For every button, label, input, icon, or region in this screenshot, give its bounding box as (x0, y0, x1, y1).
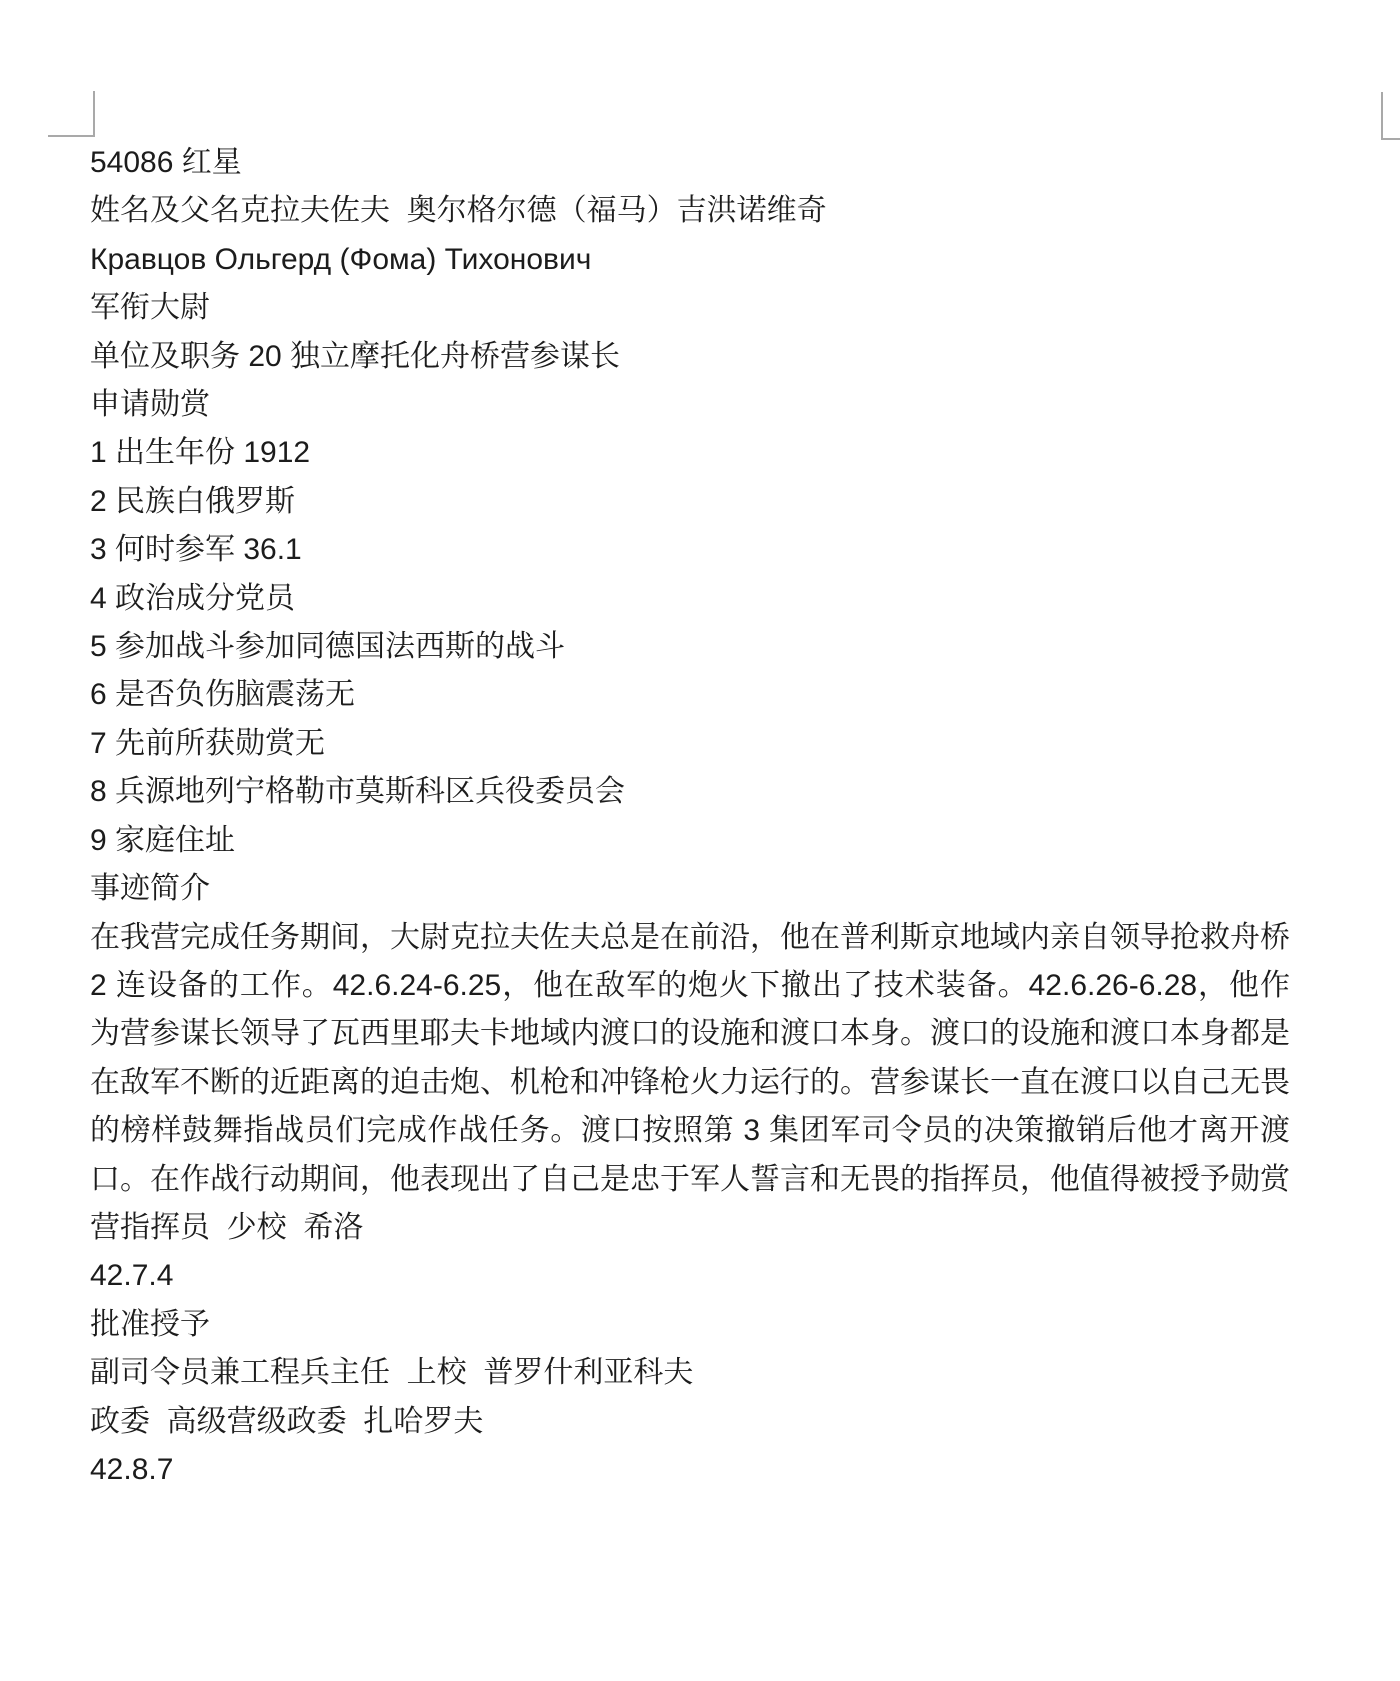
margin-corner-top-right (1381, 92, 1400, 140)
document-page: 54086 红星 姓名及父名克拉夫佐夫 奥尔格尔德（福马）吉洪诺维奇 Кравц… (0, 0, 1400, 1681)
name-cn-line: 姓名及父名克拉夫佐夫 奥尔格尔德（福马）吉洪诺维奇 (90, 187, 1290, 235)
merit-heading: 事迹简介 (90, 865, 1290, 913)
case-number-line: 54086 红星 (90, 139, 1290, 187)
unit-position-line: 单位及职务 20 独立摩托化舟桥营参谋长 (90, 333, 1290, 381)
margin-corner-top-left (48, 91, 95, 137)
item-3-enlistment: 3 何时参军 36.1 (90, 526, 1290, 574)
item-5-combat: 5 参加战斗参加同德国法西斯的战斗 (90, 623, 1290, 671)
document-body: 54086 红星 姓名及父名克拉夫佐夫 奥尔格尔德（福马）吉洪诺维奇 Кравц… (90, 139, 1290, 1494)
item-1-birth-year: 1 出生年份 1912 (90, 429, 1290, 477)
merit-paragraph: 在我营完成任务期间，大尉克拉夫佐夫总是在前沿，他在普利斯京地域内亲自领导抢救舟桥… (90, 914, 1290, 1204)
battalion-commander-signature: 营指挥员 少校 希洛 (90, 1204, 1290, 1252)
approval-line: 批准授予 (90, 1301, 1290, 1349)
rank-line: 军衔大尉 (90, 284, 1290, 332)
item-7-prior-awards: 7 先前所获勋赏无 (90, 720, 1290, 768)
deputy-commander-signature: 副司令员兼工程兵主任 上校 普罗什利亚科夫 (90, 1349, 1290, 1397)
commissar-signature: 政委 高级营级政委 扎哈罗夫 (90, 1398, 1290, 1446)
item-6-wounds: 6 是否负伤脑震荡无 (90, 671, 1290, 719)
name-ru-line: Кравцов Ольгерд (Фома) Тихонович (90, 236, 1290, 284)
signature-date-1: 42.7.4 (90, 1252, 1290, 1300)
item-4-political-status: 4 政治成分党员 (90, 575, 1290, 623)
item-9-home-address: 9 家庭住址 (90, 817, 1290, 865)
item-2-ethnicity: 2 民族白俄罗斯 (90, 478, 1290, 526)
item-8-recruitment-office: 8 兵源地列宁格勒市莫斯科区兵役委员会 (90, 768, 1290, 816)
award-request-line: 申请勋赏 (90, 381, 1290, 429)
signature-date-2: 42.8.7 (90, 1446, 1290, 1494)
